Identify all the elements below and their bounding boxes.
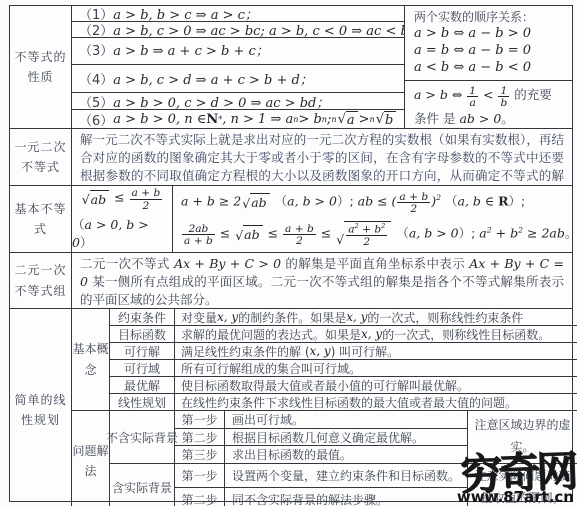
section-linear-inequality-system: 二元一次不等式组 二元一次不等式 Ax + By + C > 0 的解集是平面直… [10, 253, 572, 309]
step-label: 第二步 [175, 488, 225, 506]
order-relation-line-2: a = b ⇔ a − b = 0 [414, 42, 563, 59]
order-relation-line-1: a > b ⇔ a − b > 0 [414, 25, 563, 42]
method-context-label: 含实际背景 [110, 464, 175, 506]
property-item-2: （2）a > b, c > 0 ⇒ ac > bc; a > b, c < 0 … [72, 22, 404, 38]
method-steps: 第一步 画出可行域。 第二步 根据目标函数几何意义确定最优解。 第三步 求出目标… [175, 411, 467, 463]
method-block-no-background: 不含实际背景 第一步 画出可行域。 第二步 根据目标函数几何意义确定最优解。 [110, 411, 577, 464]
property-item-5: （5）a > b > 0, c > d > 0 ⇒ ac > bd； [72, 93, 404, 110]
linear-programming-body: 基本概念 约束条件 对变量 x, y 的制约条件。如果是 x, y 的一次式，则… [72, 309, 577, 506]
step-label: 第三步 [175, 446, 225, 463]
step-label: 第二步 [175, 429, 225, 446]
table-row: 第二步 同不含实际背景的解法步骤。 [175, 488, 467, 506]
table-row: 第一步 设置两个变量，建立约束条件和目标函数。 [175, 464, 467, 488]
table-row: 目标函数 求解的最优问题的表达式。如果是 x, y 的一次式，则称线性目标函数。 [110, 326, 577, 343]
quadratic-explanation: 解一元二次不等式实际上就是求出对应的一元二次方程的实数根（如果有实数根），再结合… [72, 129, 572, 185]
row-label-basic-inequality: 基本不等式 [10, 186, 72, 252]
basic-inequality-variant-line-1: a + b ≥ 2√ab （a, b > 0）; ab ≤ (a + b2)2 … [181, 191, 564, 214]
row-label-linear-system: 二元一次不等式组 [10, 253, 72, 308]
concept-term: 可行域 [110, 360, 175, 376]
row-label-quadratic: 一元二次不等式 [10, 129, 72, 185]
linear-system-explanation: 二元一次不等式 Ax + By + C > 0 的解集是平面直角坐标系中表示 A… [72, 253, 572, 308]
math-reference-sheet: 不等式的性质 （1）a > b, b > c ⇒ a > c； （2）a > b… [0, 0, 577, 506]
basic-inequality-main-formula: √ab ≤ a + b2 （a > 0, b > 0） [72, 186, 173, 252]
section-basic-inequality: 基本不等式 √ab ≤ a + b2 （a > 0, b > 0） a + b … [10, 186, 572, 253]
basic-inequality-variant-line-2: 2aba + b ≤ √ab ≤ a + b2 ≤ √a2 + b22 （a, … [181, 221, 564, 247]
concept-term: 线性规划 [110, 394, 175, 410]
basic-inequality-variants: a + b ≥ 2√ab （a, b > 0）; ab ≤ (a + b2)2 … [173, 186, 572, 252]
step-desc: 设置两个变量，建立约束条件和目标函数。 [225, 464, 467, 487]
concept-desc: 使目标函数取得最大值或者最小值的可行解叫最优解。 [175, 377, 577, 393]
method-block-with-background: 含实际背景 第一步 设置两个变量，建立约束条件和目标函数。 第二步 同不含实际背… [110, 464, 577, 506]
table-row: 第一步 画出可行域。 [175, 411, 467, 429]
method-steps: 第一步 设置两个变量，建立约束条件和目标函数。 第二步 同不含实际背景的解法步骤… [175, 464, 467, 506]
step-label: 第一步 [175, 464, 225, 487]
method-note: 注意实际问题对变量取值的限制。 [467, 464, 577, 506]
concept-desc: 求解的最优问题的表达式。如果是 x, y 的一次式，则称线性目标函数。 [175, 326, 577, 342]
table-row: 线性规划 在线性约束条件下求线性目标函数的最大值或者最大值的问题。 [110, 394, 577, 410]
concept-term: 目标函数 [110, 326, 175, 342]
row-label-properties: 不等式的性质 [10, 6, 72, 128]
order-relation-line-3: a < b ⇔ a − b < 0 [414, 59, 563, 76]
table-row: 约束条件 对变量 x, y 的制约条件。如果是 x, y 的一次式，则称线性约束… [110, 309, 577, 326]
method-note: 注意区域边界的虚实。 [467, 411, 577, 463]
lp-concept-rows: 约束条件 对变量 x, y 的制约条件。如果是 x, y 的一次式，则称线性约束… [110, 309, 577, 410]
basic-inequality-formula: √ab ≤ a + b2 [81, 187, 164, 210]
section-inequality-properties: 不等式的性质 （1）a > b, b > c ⇒ a > c； （2）a > b… [10, 6, 572, 129]
lp-concepts-group-label: 基本概念 [72, 309, 110, 410]
step-desc: 根据目标函数几何意义确定最优解。 [225, 429, 467, 446]
lp-methods-group-label: 问题解法 [72, 411, 110, 506]
property-item-6: （6）a > b > 0, n ∈ N*, n > 1 ⇒ an > bn; n… [72, 110, 404, 128]
step-desc: 画出可行域。 [225, 411, 467, 428]
table-row: 可行域 所有可行解组成的集合叫可行域。 [110, 360, 577, 377]
section-linear-programming: 简单的线性规划 基本概念 约束条件 对变量 x, y 的制约条件。如果是 x, … [10, 309, 572, 506]
concept-desc: 对变量 x, y 的制约条件。如果是 x, y 的一次式，则称线性约束条件 [175, 309, 577, 325]
lp-problem-methods: 问题解法 不含实际背景 第一步 画出可行域。 第二步 [72, 411, 577, 506]
concept-term: 最优解 [110, 377, 175, 393]
basic-inequality-domain: （a > 0, b > 0） [72, 215, 172, 251]
table-row: 可行解 满足线性约束条件的解 (x, y) 叫可行解。 [110, 343, 577, 360]
reciprocal-condition-cell: a > b ⇔ 1a < 1b 的充要条件 是 ab > 0。 [405, 81, 572, 128]
step-desc: 同不含实际背景的解法步骤。 [225, 488, 467, 506]
property-item-3: （3）a > b ⇒ a + c > b + c； [72, 38, 404, 65]
concept-term: 约束条件 [110, 309, 175, 325]
order-relation-heading: 两个实数的顺序关系： [414, 8, 563, 25]
lp-basic-concepts: 基本概念 约束条件 对变量 x, y 的制约条件。如果是 x, y 的一次式，则… [72, 309, 577, 411]
concept-term: 可行解 [110, 343, 175, 359]
property-item-4: （4）a > b, c > d ⇒ a + c > b + d； [72, 65, 404, 94]
lp-method-rows: 不含实际背景 第一步 画出可行域。 第二步 根据目标函数几何意义确定最优解。 [110, 411, 577, 506]
step-label: 第一步 [175, 411, 225, 428]
properties-items: （1）a > b, b > c ⇒ a > c； （2）a > b, c > 0… [72, 6, 405, 128]
table-row: 第三步 求出目标函数的最值。 [175, 446, 467, 463]
section-quadratic-inequality: 一元二次不等式 解一元二次不等式实际上就是求出对应的一元二次方程的实数根（如果有… [10, 129, 572, 186]
concept-desc: 在线性约束条件下求线性目标函数的最大值或者最大值的问题。 [175, 394, 577, 410]
concept-desc: 满足线性约束条件的解 (x, y) 叫可行解。 [175, 343, 577, 359]
table-row: 第二步 根据目标函数几何意义确定最优解。 [175, 429, 467, 447]
concept-desc: 所有可行解组成的集合叫可行域。 [175, 360, 577, 376]
property-item-1: （1）a > b, b > c ⇒ a > c； [72, 6, 404, 22]
properties-side-column: 两个实数的顺序关系： a > b ⇔ a − b > 0 a = b ⇔ a −… [405, 6, 572, 128]
step-desc: 求出目标函数的最值。 [225, 446, 467, 463]
order-relation-cell: 两个实数的顺序关系： a > b ⇔ a − b > 0 a = b ⇔ a −… [405, 6, 572, 81]
table-row: 最优解 使目标函数取得最大值或者最小值的可行解叫最优解。 [110, 377, 577, 394]
row-label-linear-programming: 简单的线性规划 [10, 309, 72, 506]
inequality-summary-table: 不等式的性质 （1）a > b, b > c ⇒ a > c； （2）a > b… [9, 5, 573, 502]
method-context-label: 不含实际背景 [110, 411, 175, 463]
